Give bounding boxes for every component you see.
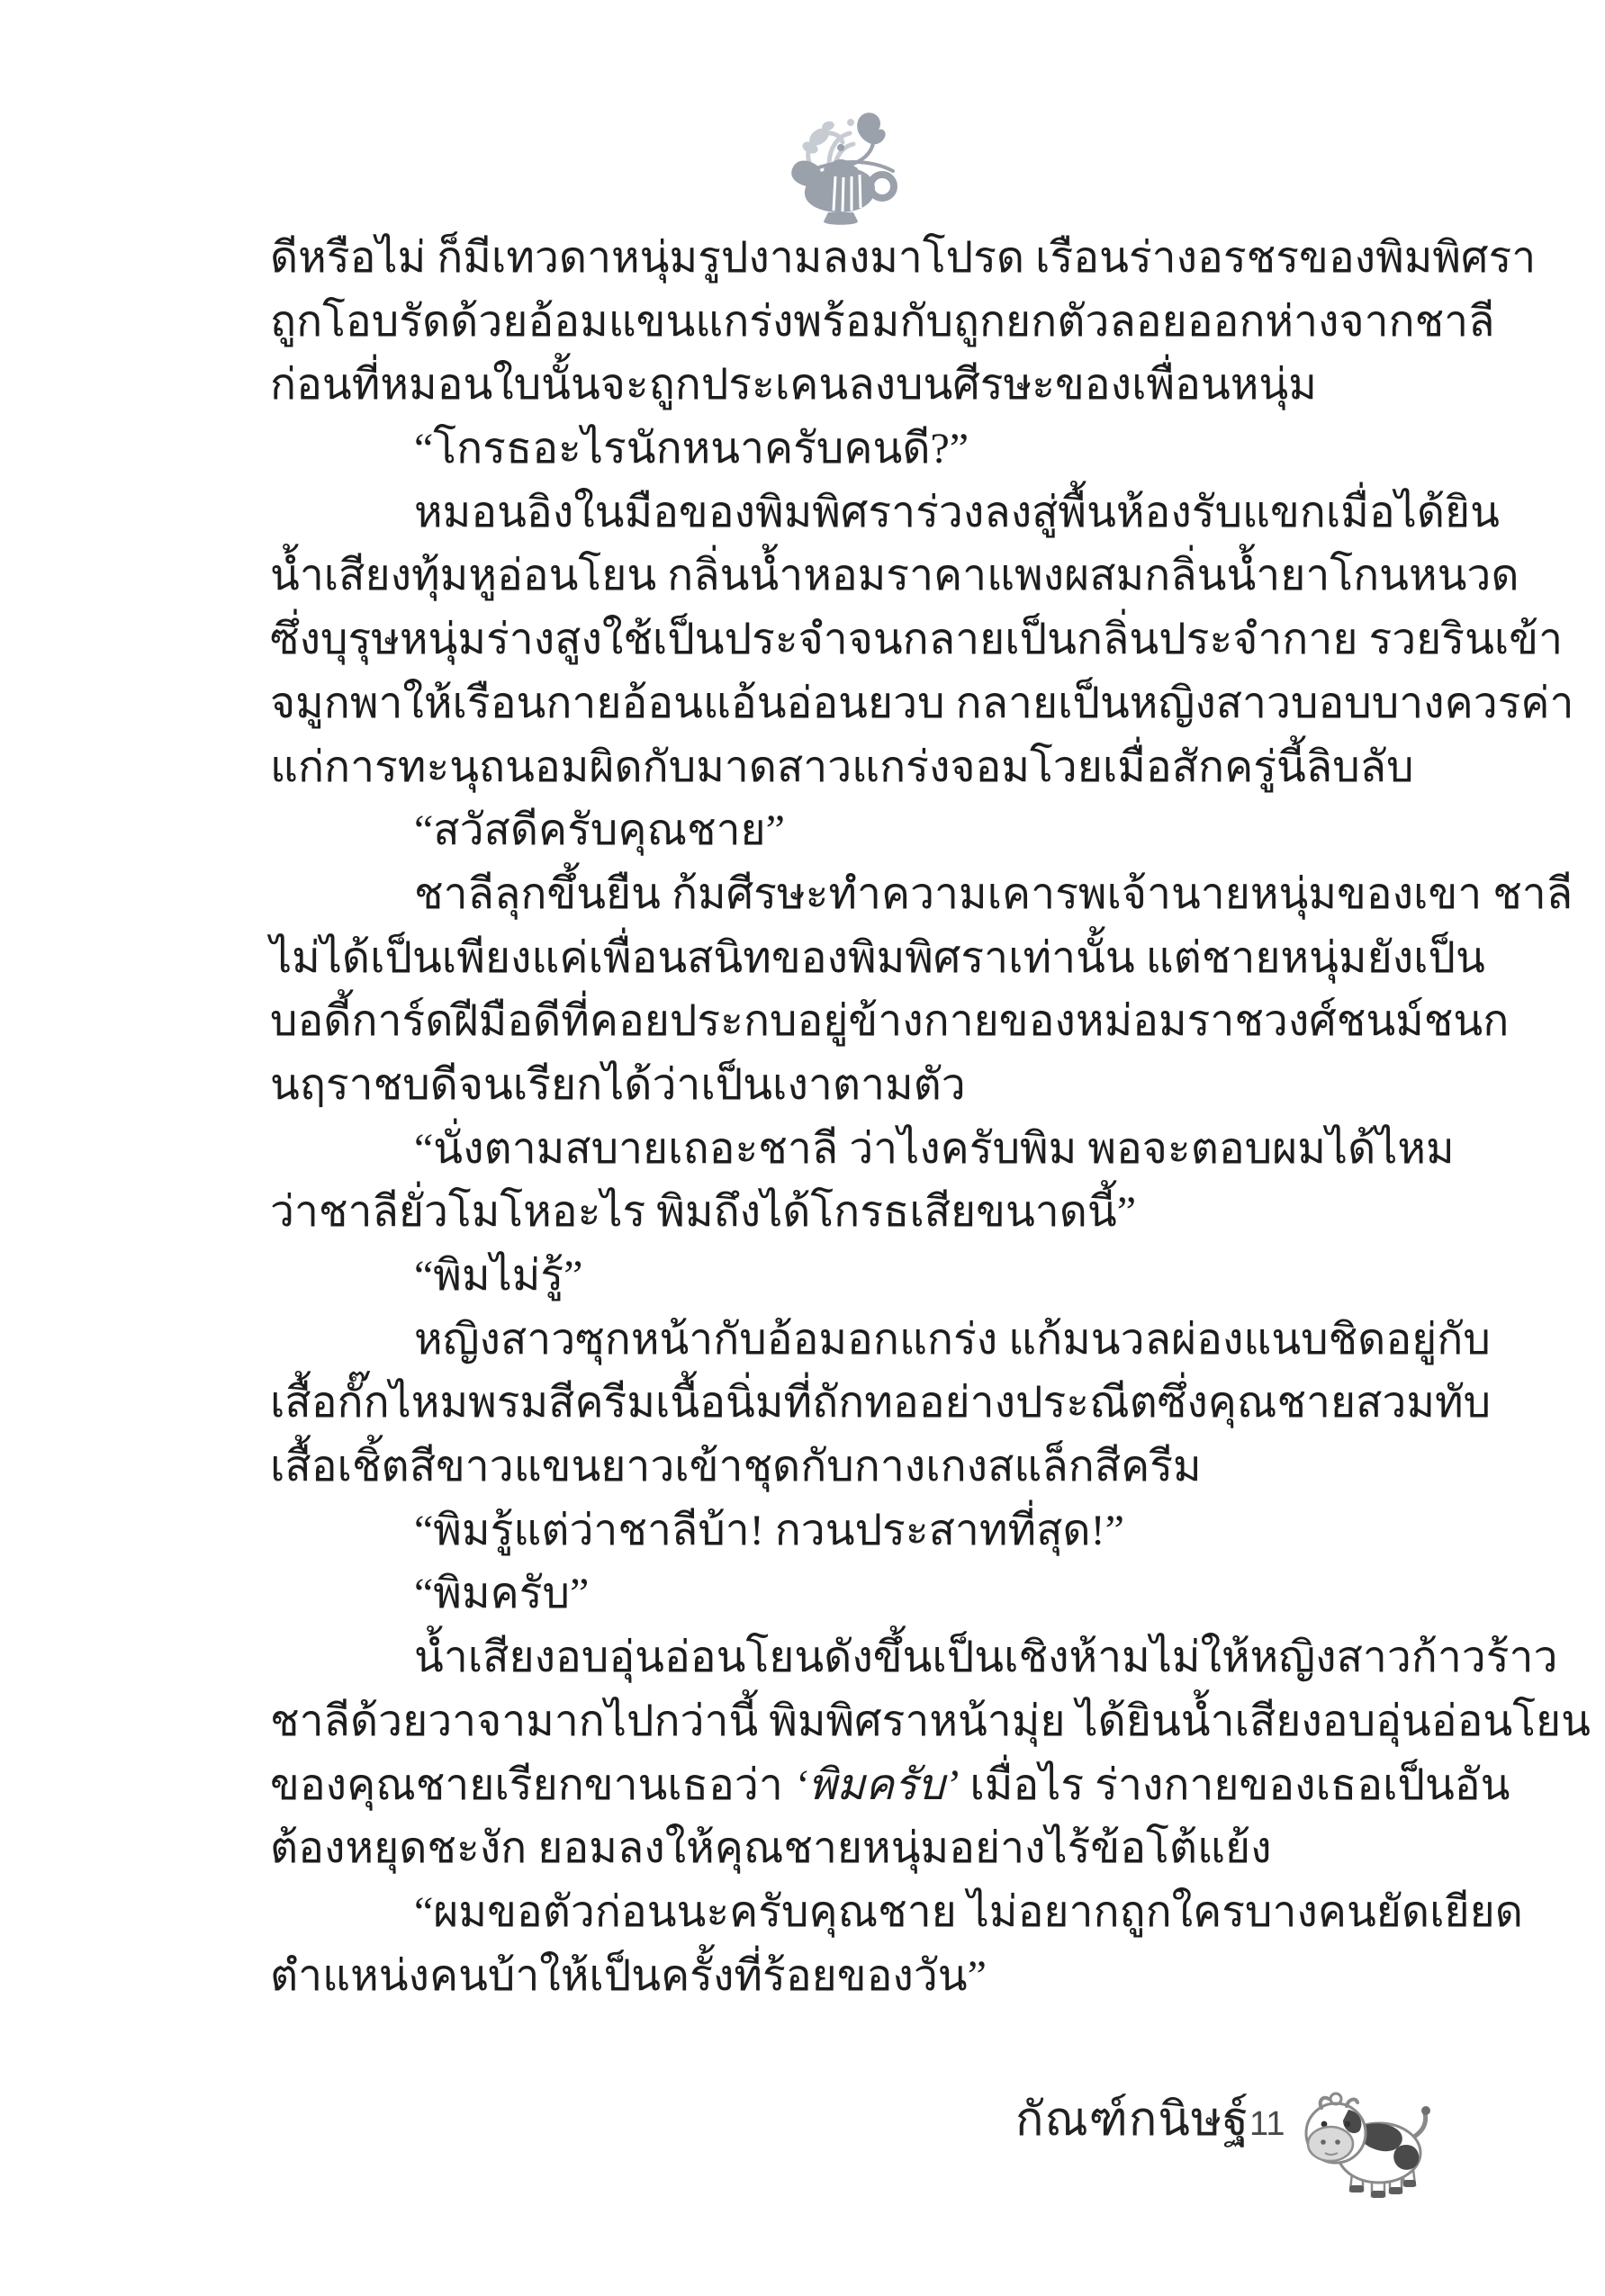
text-line: น้ำเสียงอบอุ่นอ่อนโยนดังขึ้นเป็นเชิงห้าม… xyxy=(270,1626,1410,1690)
text-line: ซึ่งบุรุษหนุ่มร่างสูงใช้เป็นประจำจนกลายเ… xyxy=(270,608,1410,672)
text-segment: เมื่อไร ร่างกายของเธอเป็นอัน xyxy=(959,1761,1510,1809)
dialogue-line: “พิมรู้แต่ว่าชาลีบ้า! กวนประสาทที่สุด!” xyxy=(270,1499,1410,1563)
teapot-steam-ornament-icon xyxy=(772,94,907,230)
text-line: หมอนอิงในมือของพิมพิศราร่วงลงสู่พื้นห้อง… xyxy=(270,482,1410,545)
dialogue-line: ว่าชาลียั่วโมโหอะไร พิมถึงได้โกรธเสียขนา… xyxy=(270,1181,1410,1245)
text-segment: ของคุณชายเรียกขานเธอว่า xyxy=(270,1761,794,1809)
text-line: ชาลีลุกขึ้นยืน ก้มศีรษะทำความเคารพเจ้านา… xyxy=(270,863,1410,927)
text-line: ของคุณชายเรียกขานเธอว่า ‘พิมครับ’ เมื่อไ… xyxy=(270,1754,1410,1818)
text-line: ก่อนที่หมอนใบนั้นจะถูกประเคนลงบนศีรษะของ… xyxy=(270,354,1410,418)
dialogue-line: “พิมครับ” xyxy=(270,1562,1410,1626)
dialogue-line: ตำแหน่งคนบ้าให้เป็นครั้งที่ร้อยของวัน” xyxy=(270,1945,1410,2009)
text-line: แก่การทะนุถนอมผิดกับมาดสาวแกร่งจอมโวยเมื… xyxy=(270,736,1410,800)
text-line: ไม่ได้เป็นเพียงแค่เพื่อนสนิทของพิมพิศราเ… xyxy=(270,927,1410,991)
dialogue-line: “นั่งตามสบายเถอะชาลี ว่าไงครับพิม พอจะตอ… xyxy=(270,1118,1410,1182)
cow-icon xyxy=(1296,2086,1437,2209)
text-line: ดีหรือไม่ ก็มีเทวดาหนุ่มรูปงามลงมาโปรด เ… xyxy=(270,227,1410,291)
footer-book-title: กัณฑ์กนิษฐ์ xyxy=(1015,2084,1249,2156)
dialogue-line: “พิมไม่รู้” xyxy=(270,1245,1410,1309)
text-line: ต้องหยุดชะงัก ยอมลงให้คุณชายหนุ่มอย่างไร… xyxy=(270,1817,1410,1881)
text-segment-italic: ‘พิมครับ’ xyxy=(794,1761,960,1809)
text-line: จมูกพาให้เรือนกายอ้อนแอ้นอ่อนยวบ กลายเป็… xyxy=(270,672,1410,736)
dialogue-line: “สวัสดีครับคุณชาย” xyxy=(270,799,1410,863)
text-line: ชาลีด้วยวาจามากไปกว่านี้ พิมพิศราหน้ามุ่… xyxy=(270,1690,1410,1754)
body-text: ดีหรือไม่ ก็มีเทวดาหนุ่มรูปงามลงมาโปรด เ… xyxy=(270,227,1410,2008)
footer-page-number: 11 xyxy=(1249,2097,1285,2151)
text-line: เสื้อกั๊กไหมพรมสีครีมเนื้อนิ่มที่ถักทออย… xyxy=(270,1372,1410,1436)
text-line: หญิงสาวซุกหน้ากับอ้อมอกแกร่ง แก้มนวลผ่อง… xyxy=(270,1309,1410,1373)
book-page: ดีหรือไม่ ก็มีเทวดาหนุ่มรูปงามลงมาโปรด เ… xyxy=(0,0,1605,2296)
text-line: ถูกโอบรัดด้วยอ้อมแขนแกร่งพร้อมกับถูกยกตั… xyxy=(270,291,1410,355)
text-line: เสื้อเชิ้ตสีขาวแขนยาวเข้าชุดกับกางเกงสแล… xyxy=(270,1436,1410,1499)
dialogue-line: “โกรธอะไรนักหนาครับคนดี?” xyxy=(270,418,1410,482)
text-line: น้ำเสียงทุ้มหูอ่อนโยน กลิ่นน้ำหอมราคาแพง… xyxy=(270,545,1410,608)
text-line: นฤราชบดีจนเรียกได้ว่าเป็นเงาตามตัว xyxy=(270,1054,1410,1118)
dialogue-line: “ผมขอตัวก่อนนะครับคุณชาย ไม่อยากถูกใครบา… xyxy=(270,1881,1410,1945)
text-line: บอดี้การ์ดฝีมือดีที่คอยประกบอยู่ข้างกายข… xyxy=(270,990,1410,1054)
